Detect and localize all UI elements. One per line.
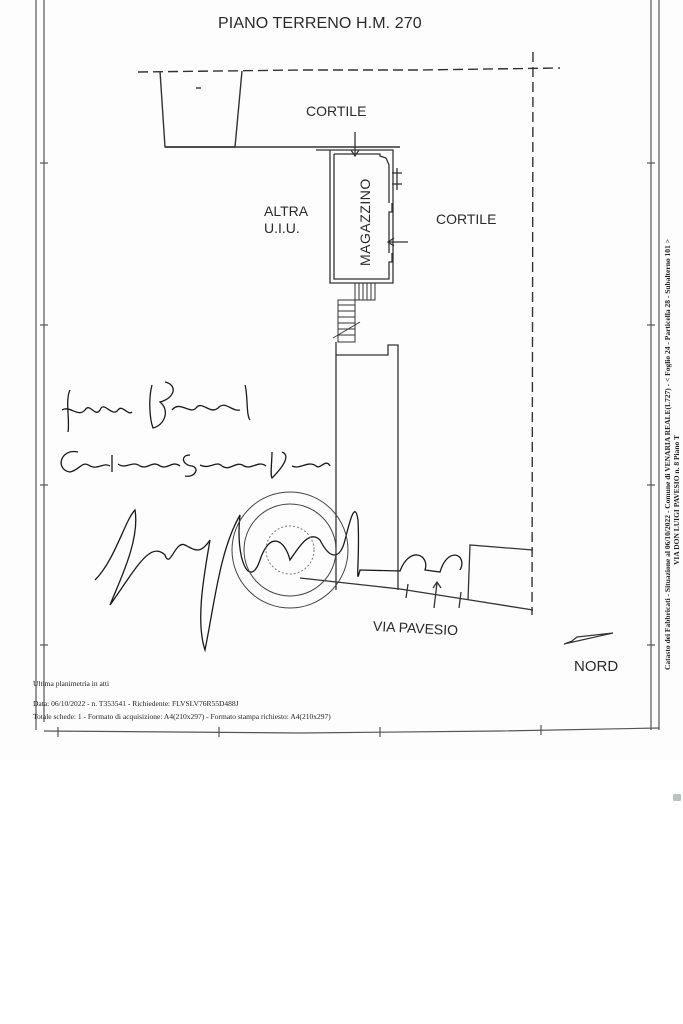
- room-label-altra-uiu: ALTRA U.I.U.: [264, 203, 308, 237]
- room-label-cortile-top: CORTILE: [306, 103, 366, 119]
- page-title: PIANO TERRENO H.M. 270: [218, 15, 422, 33]
- room-label-altra-line2: U.I.U.: [264, 220, 308, 237]
- side-address-info: VIA DON LUIGI PAVESIO n. 8 Piano T: [672, 435, 681, 565]
- room-label-cortile-right: CORTILE: [436, 211, 496, 227]
- north-label: NORD: [574, 658, 618, 675]
- notary-stamp: [232, 492, 348, 608]
- scanner-mark-icon: [673, 794, 681, 801]
- blank-area: [0, 760, 683, 1024]
- side-cadastral-info: Catasto dei Fabbricati - Situazione al 0…: [663, 239, 672, 670]
- footer-format-info: Totale schede: 1 - Formato di acquisizio…: [33, 712, 331, 721]
- room-label-magazzino: MAGAZZINO: [357, 178, 373, 266]
- scanned-page: PIANO TERRENO H.M. 270 CORTILE CORTILE A…: [0, 0, 683, 760]
- footer-last-plan: Ultima planimetria in atti: [33, 679, 109, 688]
- footer-request-info: Data: 06/10/2022 - n. T353541 - Richiede…: [33, 699, 239, 708]
- signature-strokes: [61, 382, 462, 650]
- room-label-altra-line1: ALTRA: [264, 203, 308, 220]
